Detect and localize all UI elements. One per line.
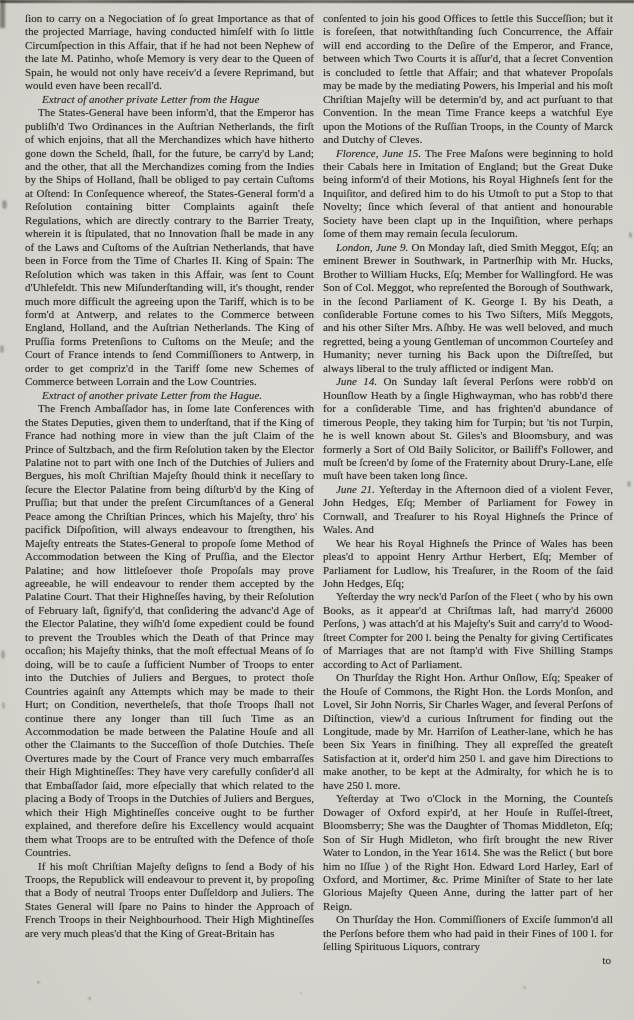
scan-speck [300, 992, 302, 994]
newspaper-page: ſion to carry on a Negociation of ſo gre… [0, 0, 634, 1020]
dateline: London, June 9. [336, 242, 411, 254]
paragraph: June 21. Yeſterday in the Afternoon died… [323, 484, 613, 538]
right-column: conſented to join his good Offices to ſe… [323, 13, 613, 968]
left-column: ſion to carry on a Negociation of ſo gre… [25, 13, 314, 941]
paragraph: The French Ambaſſador has, in ſome late … [25, 403, 314, 860]
paragraph: Florence, June 15. The Free Maſons were … [323, 148, 613, 242]
dateline: Florence, June 15. [336, 148, 425, 160]
scan-speck [2, 702, 5, 709]
scan-speck [523, 986, 526, 989]
scan-speck [88, 997, 91, 1000]
paragraph: June 14. On Sunday laſt ſeveral Perſons … [323, 376, 613, 484]
scan-speck [0, 345, 4, 353]
paragraph: Extract of another private Letter from t… [25, 94, 314, 107]
paragraph: On Thurſday the Hon. Commiſſioners of Ex… [323, 914, 613, 954]
paragraph: conſented to join his good Offices to ſe… [323, 13, 613, 148]
catchword: to [323, 955, 613, 968]
paragraph: We hear his Royal Highneſs the Prince of… [323, 538, 613, 592]
dateline: June 14. [336, 376, 384, 388]
paragraph: The States-General have been inform'd, t… [25, 107, 314, 390]
paragraph: If his moſt Chriſtian Majeſty deſigns to… [25, 861, 314, 942]
dateline: June 21. [336, 484, 379, 496]
scan-speck [629, 232, 632, 238]
paragraph: Extract of another private Letter from t… [25, 390, 314, 403]
scan-speck [627, 481, 631, 487]
scan-edge-artifact [0, 0, 634, 3]
paragraph: Yeſterday the wry neck'd Parſon of the F… [323, 591, 613, 672]
paragraph: Yeſterday at Two o'Clock in the Morning,… [323, 793, 613, 914]
scan-corner-mark [0, 0, 5, 28]
paragraph: ſion to carry on a Negociation of ſo gre… [25, 13, 314, 94]
scan-speck [37, 981, 40, 984]
paragraph: London, June 9. On Monday laſt, died Smi… [323, 242, 613, 377]
scan-speck [2, 200, 7, 209]
scan-speck [1, 650, 5, 659]
paragraph: On Thurſday the Right Hon. Arthur Onſlow… [323, 672, 613, 793]
